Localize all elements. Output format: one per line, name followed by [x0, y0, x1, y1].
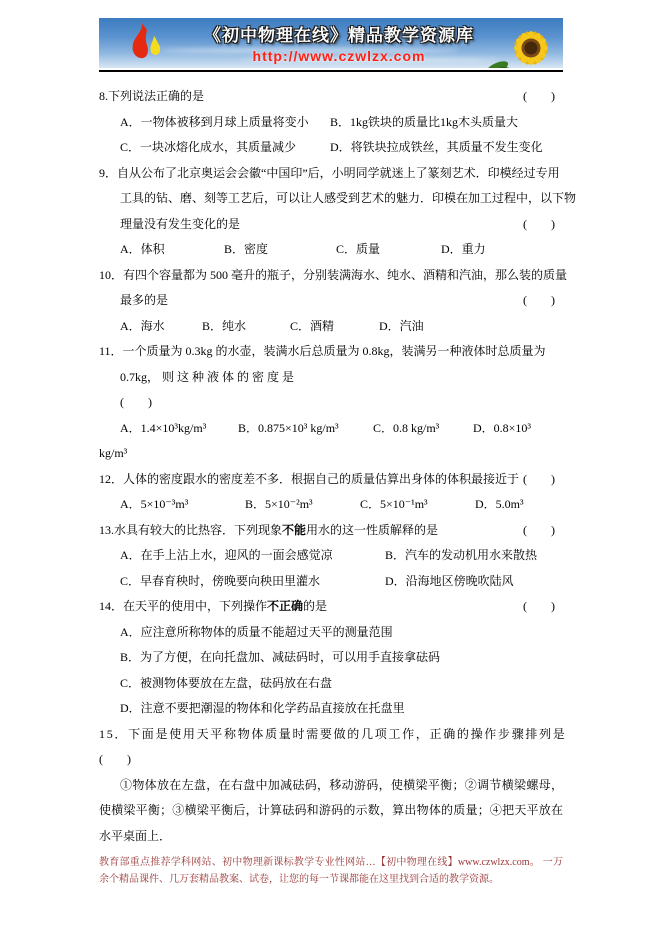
option-b: B．0.875×10³ kg/m³ — [238, 416, 373, 442]
option-d: D．汽油 — [379, 314, 424, 340]
question-13-options-row-1: A．在手上沾上水，迎风的一面会感觉凉 B．汽车的发动机用水来散热 — [99, 543, 563, 569]
question-8: 8.下列说法正确的是 ( ) A．一物体被移到月球上质量将变小 B．1kg铁块的… — [99, 84, 563, 161]
answer-bracket: ( ) — [523, 212, 563, 238]
option-d: D．沿海地区傍晚吹陆风 — [385, 569, 514, 595]
question-12: 12．人体的密度跟水的密度差不多．根据自己的质量估算出身体的体积最接近于 ( )… — [99, 467, 563, 518]
site-banner: 《初中物理在线》精品教学资源库 http://www.czwlzx.com — [99, 18, 563, 68]
question-stem: 14．在天平的使用中，下列操作不正确的是 — [99, 594, 327, 620]
answer-bracket: ( ) — [120, 395, 160, 409]
footer-text-pre: 教育部重点推荐学科网站、初中物理新课标教学专业性网站…【初中物理在线】 — [99, 857, 458, 868]
footer-url[interactable]: www.czwlzx.com — [458, 857, 530, 868]
stem-text-bold: 不能 — [282, 523, 306, 537]
answer-bracket: ( ) — [523, 84, 563, 110]
option-b: B．密度 — [224, 237, 336, 263]
flame-logo-icon — [127, 22, 169, 66]
question-stem: 理量没有发生变化的是 — [120, 212, 240, 238]
option-b: B．1kg铁块的质量比1kg木头质量大 — [330, 110, 518, 136]
question-15-steps: ①物体放在左盘，在右盘中加减砝码，移动游码，使横梁平衡；②调节横梁螺母，使横梁平… — [99, 773, 563, 850]
question-list: 8.下列说法正确的是 ( ) A．一物体被移到月球上质量将变小 B．1kg铁块的… — [99, 84, 563, 849]
option-c: C．质量 — [336, 237, 441, 263]
answer-bracket: ( ) — [523, 518, 563, 544]
question-13-options-row-2: C．早春育秧时，傍晚要向秧田里灌水 D．沿海地区傍晚吹陆风 — [99, 569, 563, 595]
option-b: B．为了方便，在向托盘加、减砝码时，可以用手直接拿砝码 — [99, 645, 563, 671]
question-11-options-row: A．1.4×10³kg/m³ B．0.875×10³ kg/m³ C．0.8 k… — [99, 416, 563, 442]
question-15: 15．下面是使用天平称物体质量时需要做的几项工作，正确的操作步骤排列是 ( ) … — [99, 722, 563, 850]
sunflower-icon — [475, 20, 561, 68]
option-d: D．5.0m³ — [475, 492, 524, 518]
question-9-stem-line-2: 工具的钻、磨、刻等工艺后，可以让人感受到艺术的魅力．印模在加工过程中，以下物 — [99, 186, 563, 212]
answer-bracket: ( ) — [99, 752, 139, 766]
question-stem: 13.水具有较大的比热容．下列现象不能用水的这一性质解释的是 — [99, 518, 438, 544]
option-a: A．海水 — [120, 314, 202, 340]
option-c: C．酒精 — [290, 314, 379, 340]
question-8-options-row-1: A．一物体被移到月球上质量将变小 B．1kg铁块的质量比1kg木头质量大 — [99, 110, 563, 136]
answer-bracket: ( ) — [523, 594, 563, 620]
question-15-stem-line: 15．下面是使用天平称物体质量时需要做的几项工作，正确的操作步骤排列是 — [99, 722, 563, 748]
option-b: B．5×10⁻²m³ — [245, 492, 360, 518]
question-13-stem-line: 13.水具有较大的比热容．下列现象不能用水的这一性质解释的是 ( ) — [99, 518, 563, 544]
option-d: D．重力 — [441, 237, 486, 263]
question-10-stem-line-1: 10．有四个容量都为 500 毫升的瓶子，分别装满海水、纯水、酒精和汽油，那么装… — [99, 263, 563, 289]
option-d: D．注意不要把潮湿的物体和化学药品直接放在托盘里 — [99, 696, 563, 722]
option-c: C．早春育秧时，傍晚要向秧田里灌水 — [120, 569, 385, 595]
option-c: C．被测物体要放在左盘，砝码放在右盘 — [99, 671, 563, 697]
question-11: 11．一个质量为 0.3kg 的水壶，装满水后总质量为 0.8kg，装满另一种液… — [99, 339, 563, 467]
option-a: A．1.4×10³kg/m³ — [120, 416, 238, 442]
option-c: C．0.8 kg/m³ — [373, 416, 473, 442]
question-stem: 12．人体的密度跟水的密度差不多．根据自己的质量估算出身体的体积最接近于 — [99, 467, 519, 493]
question-11-bracket-line: ( ) — [99, 390, 563, 416]
banner-divider — [99, 70, 563, 72]
question-stem: 8.下列说法正确的是 — [99, 84, 204, 110]
question-9-stem-line-1: 9．自从公布了北京奥运会会徽“中国印”后，小明同学就迷上了篆刻艺术．印模经过专用 — [99, 161, 563, 187]
option-a: A．应注意所称物体的质量不能超过天平的测量范围 — [99, 620, 563, 646]
question-12-options-row: A．5×10⁻³m³ B．5×10⁻²m³ C．5×10⁻¹m³ D．5.0m³ — [99, 492, 563, 518]
question-11-stem-line-1: 11．一个质量为 0.3kg 的水壶，装满水后总质量为 0.8kg，装满另一种液… — [99, 339, 563, 365]
banner-title: 《初中物理在线》精品教学资源库 — [189, 21, 489, 46]
question-8-options-row-2: C．一块冰熔化成水，其质量减少 D．将铁块拉成铁丝，其质量不发生变化 — [99, 135, 563, 161]
question-9-options-row: A．体积 B．密度 C．质量 D．重力 — [99, 237, 563, 263]
option-c: C．5×10⁻¹m³ — [360, 492, 475, 518]
stem-text-post: 的是 — [303, 599, 327, 613]
banner-text-block: 《初中物理在线》精品教学资源库 http://www.czwlzx.com — [189, 21, 489, 64]
question-10: 10．有四个容量都为 500 毫升的瓶子，分别装满海水、纯水、酒精和汽油，那么装… — [99, 263, 563, 340]
question-12-stem-line: 12．人体的密度跟水的密度差不多．根据自己的质量估算出身体的体积最接近于 ( ) — [99, 467, 563, 493]
question-13: 13.水具有较大的比热容．下列现象不能用水的这一性质解释的是 ( ) A．在手上… — [99, 518, 563, 595]
question-14-stem-line: 14．在天平的使用中，下列操作不正确的是 ( ) — [99, 594, 563, 620]
option-b: B．纯水 — [202, 314, 290, 340]
question-10-options-row: A．海水 B．纯水 C．酒精 D．汽油 — [99, 314, 563, 340]
answer-bracket: ( ) — [523, 288, 563, 314]
question-11-option-d-wrap: kg/m³ — [99, 441, 563, 467]
option-c: C．一块冰熔化成水，其质量减少 — [120, 135, 330, 161]
stem-text-pre: 14．在天平的使用中，下列操作 — [99, 599, 267, 613]
document-page: 《初中物理在线》精品教学资源库 http://www.czwlzx.com — [0, 0, 661, 935]
option-d: D．0.8×10³ — [473, 416, 531, 442]
option-b: B．汽车的发动机用水来散热 — [385, 543, 537, 569]
question-9: 9．自从公布了北京奥运会会徽“中国印”后，小明同学就迷上了篆刻艺术．印模经过专用… — [99, 161, 563, 263]
option-d: D．将铁块拉成铁丝，其质量不发生变化 — [330, 135, 543, 161]
question-11-stem-line-2: 0.7kg， 则 这 种 液 体 的 密 度 是 — [99, 365, 563, 391]
question-10-stem-line-2: 最多的是 ( ) — [99, 288, 563, 314]
option-a: A．体积 — [120, 237, 224, 263]
stem-text-pre: 13.水具有较大的比热容．下列现象 — [99, 523, 282, 537]
option-a: A．5×10⁻³m³ — [120, 492, 245, 518]
stem-text-bold: 不正确 — [267, 599, 303, 613]
page-footer: 教育部重点推荐学科网站、初中物理新课标教学专业性网站…【初中物理在线】www.c… — [99, 855, 563, 888]
stem-text-post: 用水的这一性质解释的是 — [306, 523, 438, 537]
question-8-stem-line: 8.下列说法正确的是 ( ) — [99, 84, 563, 110]
question-stem: 最多的是 — [120, 288, 168, 314]
option-a: A．在手上沾上水，迎风的一面会感觉凉 — [120, 543, 385, 569]
option-a: A．一物体被移到月球上质量将变小 — [120, 110, 330, 136]
question-14: 14．在天平的使用中，下列操作不正确的是 ( ) A．应注意所称物体的质量不能超… — [99, 594, 563, 722]
banner-url[interactable]: http://www.czwlzx.com — [189, 48, 489, 64]
answer-bracket: ( ) — [523, 467, 563, 493]
question-15-bracket-line: ( ) — [99, 747, 563, 773]
question-9-stem-line-3: 理量没有发生变化的是 ( ) — [99, 212, 563, 238]
